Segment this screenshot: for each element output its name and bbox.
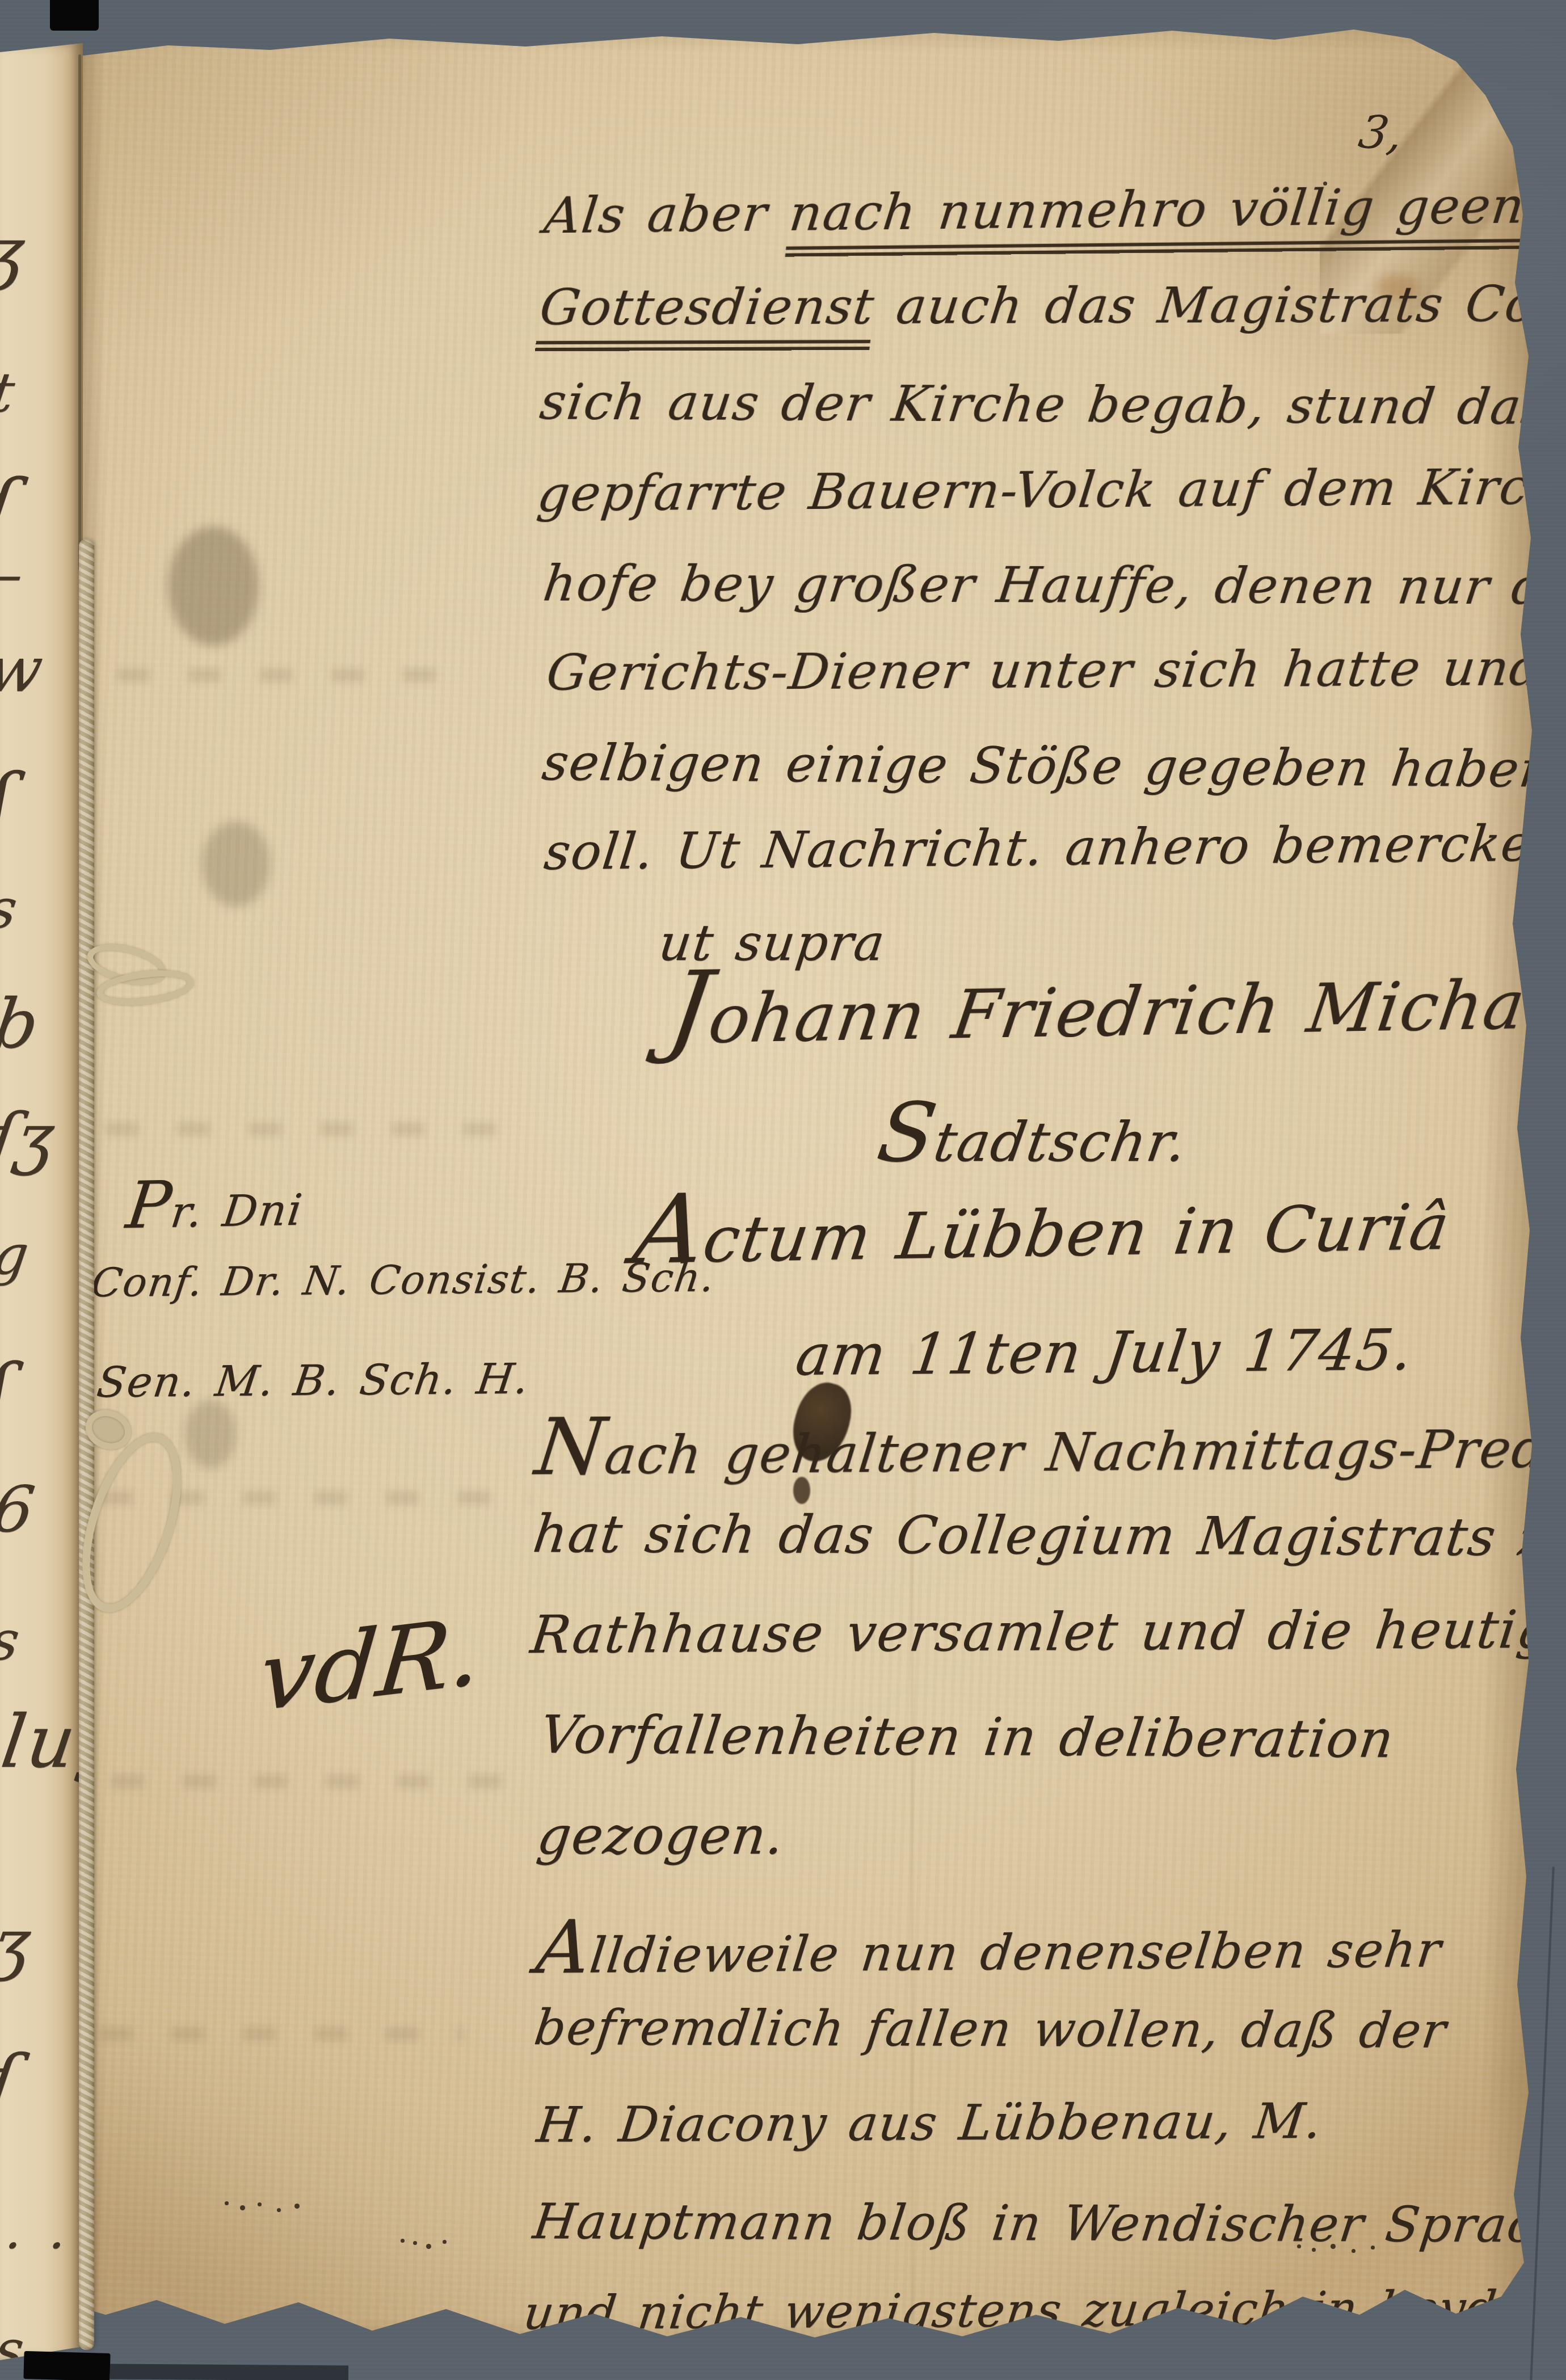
- ink-specks: [225, 2201, 229, 2205]
- body-line: gepfarrte Bauern-Volck auf dem Kirch-: [534, 457, 1566, 523]
- margin-note: Sen. M. B. Sch. H.: [94, 1354, 533, 1407]
- verso-showthrough: [117, 668, 457, 682]
- body-line: Rathhause versamlet und die heutige: [528, 1599, 1566, 1665]
- binding-clamp-bottom: [23, 2351, 110, 2380]
- previous-page-text-fragment: b: [0, 985, 44, 1064]
- body-line: H. Diacony aus Lübbenau, M.: [534, 2093, 1325, 2154]
- previous-page-text-fragment: ʒ: [0, 1904, 35, 1982]
- body-line: sich aus der Kirche begab, stund das ein…: [537, 372, 1566, 436]
- body-line: hat sich das Collegium Magistrats zu: [530, 1503, 1566, 1568]
- signature-name: Johann Friedrich Michaelis,: [662, 932, 1566, 1067]
- underlined-text: Gottesdienst: [535, 277, 878, 351]
- previous-page-text-fragment: w: [0, 633, 47, 706]
- body-line: Gerichts-Diener unter sich hatte und den: [544, 638, 1566, 702]
- binding-clamp-top: [50, 0, 99, 31]
- body-line: Nach gehaltener Nachmittags-Predigt: [531, 1394, 1566, 1493]
- paper-edge-shading-top: [83, 16, 1536, 52]
- margin-note: Pr. Dni: [123, 1165, 308, 1243]
- text-run: Als aber: [541, 183, 793, 245]
- previous-page-text-fragment: s: [0, 1609, 23, 1673]
- paper-edge-shading-right: [1482, 16, 1536, 2364]
- previous-page-text-fragment: ʃ: [0, 758, 16, 843]
- ink-smudge: [168, 526, 259, 646]
- verso-showthrough: [100, 2027, 463, 2041]
- previous-page-edge: ʒ t ſ – w ʃ s b ſʒ g ʃ 6 s lugh ʒ ſ · · …: [0, 43, 83, 2360]
- underlined-text: nach nunmehro völlig geendigter: [785, 174, 1566, 256]
- binding-gutter-groove: [78, 54, 81, 571]
- verso-showthrough: [106, 1122, 503, 1136]
- previous-page-text-fragment: ſ: [0, 2040, 22, 2122]
- previous-page-text-fragment: –: [0, 542, 27, 606]
- previous-page-text-fragment: g: [0, 1223, 32, 1287]
- previous-page-text-fragment: ʒ: [0, 213, 30, 292]
- text-run: auch das Magistrats Collegium: [871, 274, 1566, 335]
- verso-showthrough: [111, 1775, 508, 1788]
- previous-page-text-fragment: ſ: [0, 463, 20, 549]
- previous-page-text-fragment: s: [0, 877, 21, 941]
- dateline-date: am 11ten July 1745.: [792, 1317, 1417, 1388]
- body-line: hofe bey großer Hauffe, denen nur der: [540, 554, 1566, 616]
- body-line: Gottesdienst auch das Magistrats Collegi…: [537, 274, 1566, 336]
- body-line: Vorfallenheiten in deliberation: [537, 1704, 1398, 1770]
- body-line: Hauptmann bloß in Wendischer Sprache: [530, 2193, 1566, 2254]
- scanner-background-seam: [1530, 1867, 1555, 2380]
- binding-thread: [79, 539, 94, 2350]
- body-line: selbigen einige Stöße gegeben haben: [539, 733, 1557, 798]
- binding-clamp-bottom-shadow: [110, 2364, 348, 2380]
- body-line: und nicht wenigstens zugleich in beyden: [521, 2281, 1560, 2340]
- manuscript-page: 3, Als aber nach nunmehro völlig geendig…: [83, 16, 1536, 2364]
- previous-page-text-fragment: ſʒ: [0, 1098, 59, 1177]
- dateline-place: Actum Lübben in Curiâ: [628, 1160, 1459, 1286]
- margin-note: Conf. Dr. N. Consist. B. Sch.: [89, 1254, 718, 1306]
- ink-smudge: [202, 822, 270, 907]
- body-line: befremdlich fallen wollen, daß der: [531, 1999, 1450, 2059]
- previous-page-text-fragment: lugh: [0, 1700, 83, 1784]
- previous-page-text-fragment: ʃ: [0, 1348, 15, 1431]
- ink-smudge: [185, 1400, 236, 1468]
- body-line: soll. Ut Nachricht. anhero bemercket: [541, 814, 1556, 881]
- manuscript-scan: ʒ t ſ – w ʃ s b ſʒ g ʃ 6 s lugh ʒ ſ · · …: [0, 0, 1566, 2380]
- body-line: gezogen.: [534, 1805, 788, 1866]
- ink-specks: [401, 2239, 405, 2243]
- previous-page-text-fragment: t: [0, 361, 18, 424]
- previous-page-text-fragment: 6: [0, 1473, 39, 1547]
- page-number: 3,: [1355, 105, 1407, 161]
- body-line: Als aber nach nunmehro völlig geendigter: [541, 174, 1566, 245]
- body-line: Alldieweile nun denenselben sehr: [532, 1899, 1447, 1990]
- previous-page-text-fragment: · ·: [1, 2216, 75, 2276]
